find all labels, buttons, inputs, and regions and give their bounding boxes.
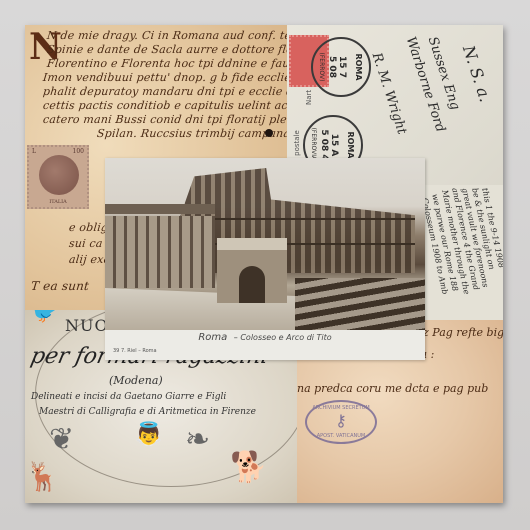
buildings	[105, 208, 215, 288]
stamp-country: ITALIA	[29, 199, 87, 205]
colosseum-photo	[105, 158, 425, 330]
bird-icon: 🐦	[31, 310, 58, 325]
forum-ruins	[295, 278, 425, 330]
building-roof	[105, 204, 215, 214]
manuscript-line: Imon vendibuui pettu' dnop. g b fide ecc…	[42, 71, 295, 84]
publisher-line: 39 7. Riel – Roma	[113, 348, 157, 354]
illuminated-initial: N	[29, 27, 45, 69]
printed-side: Nart	[305, 90, 313, 105]
certificate-line: Delineati e incisi da Gaetano Giarre e F…	[31, 392, 226, 402]
manuscript-line: catero mani Bussi conid dni tpi floratij…	[42, 113, 295, 126]
postmark-date: 15 7 5 08	[327, 39, 347, 95]
papal-keys-icon: ⚷	[307, 412, 375, 430]
seal-bottom-text: APOST. VATICANUM	[307, 433, 375, 439]
flourish-icon: ❦	[49, 422, 74, 457]
postmark-1: ROMA 15 7 5 08 (FERROV)	[311, 37, 371, 97]
handwriting-line: N. S. a.	[459, 43, 495, 104]
manuscript-line: cettis pactis conditiob e capitulis ueli…	[42, 99, 295, 112]
coin-head-icon	[39, 155, 79, 195]
photo-caption: Roma – Colosseo e Arco di Tito	[105, 332, 425, 343]
parchment-line: z Pag refte big	[423, 326, 503, 339]
parchment-line: na predca coru me dcta e pag pub	[297, 382, 488, 395]
manuscript-line: N de mie dragy. Ci in Romana aud conf. t…	[46, 29, 295, 42]
stamp-value-left: L	[32, 148, 36, 155]
arch-of-titus	[217, 238, 287, 303]
manuscript-line: phalit depuratoy mandaru dni tpi e eccli…	[42, 85, 295, 98]
stamp-value-right: 100	[73, 148, 84, 155]
handwriting-line: R. M. Wright	[369, 51, 409, 136]
certificate-title: NUO	[65, 316, 109, 335]
collage-poster: N N de mie dragy. Ci in Romana aud conf.…	[25, 25, 503, 503]
caption-text: – Colosseo e Arco di Tito	[234, 333, 332, 342]
vatican-archive-seal: ARCHIVIUM SECRETUM ⚷ APOST. VATICANUM	[305, 400, 377, 444]
hound-icon: 🐕	[230, 450, 267, 485]
flourish-icon: ❧	[185, 422, 210, 457]
manuscript-line: T ea sunt	[30, 279, 90, 293]
certificate-subtitle: (Modena)	[109, 374, 163, 387]
ink-blot	[265, 129, 273, 137]
manuscript-line: Spinie e dante de Sacla aurre e dottore …	[46, 43, 295, 56]
postmark-sub: (FERROV)	[318, 39, 325, 95]
deer-icon: 🦌	[25, 460, 60, 493]
postmark-city: ROMA	[354, 39, 363, 95]
lira-postage-stamp: L 100 ITALIA	[27, 145, 89, 209]
manuscript-line: Florentino e Florenta hoc tpi ddnine e f…	[46, 57, 295, 70]
cherub-icon: 👼	[135, 422, 162, 447]
handwritten-letter-panel: Colosseum 1908 to Amb we parwe our Rome …	[415, 185, 503, 330]
certificate-line: Maestri di Calligrafia e di Aritmetica i…	[39, 407, 256, 417]
caption-city: Roma	[198, 332, 227, 343]
photo-postcard: Roma – Colosseo e Arco di Tito 39 7. Rie…	[105, 158, 425, 360]
